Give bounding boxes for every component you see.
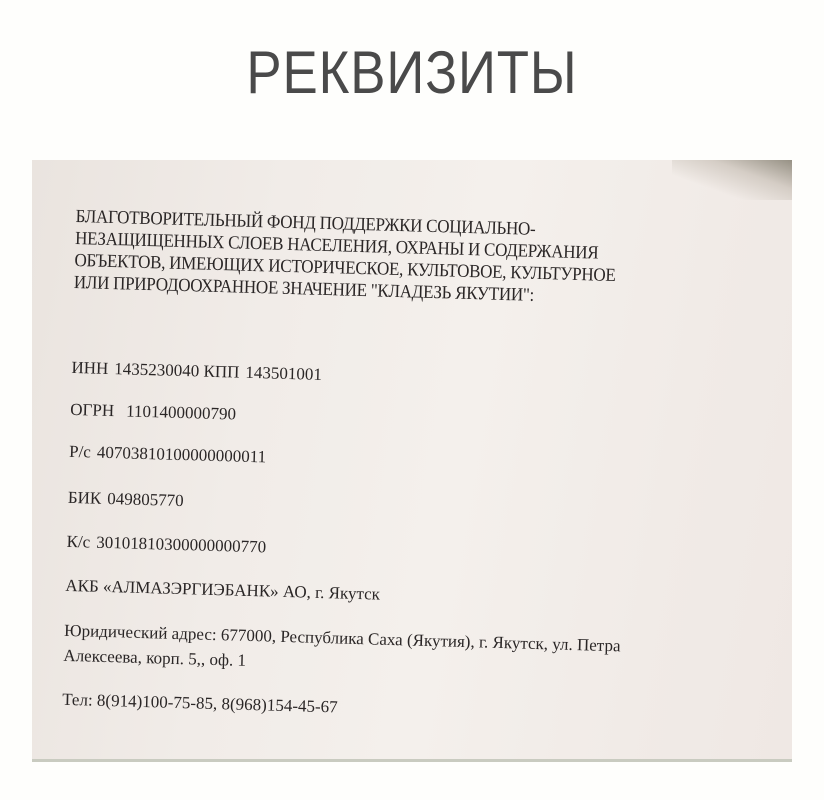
bik-row: БИК049805770 bbox=[68, 488, 184, 511]
kpp-value: 143501001 bbox=[245, 363, 322, 384]
bank-name: АКБ «АЛМАЗЭРГИЭБАНК» АО, г. Якутск bbox=[65, 576, 380, 605]
legal-address-line1: 677000, Республика Саха (Якутия), г. Яку… bbox=[221, 625, 621, 655]
organization-name: БЛАГОТВОРИТЕЛЬНЫЙ ФОНД ПОДДЕРЖКИ СОЦИАЛЬ… bbox=[74, 206, 748, 313]
settlement-account-label: Р/с bbox=[69, 442, 91, 462]
legal-address-label: Юридический адрес: bbox=[64, 621, 217, 644]
phone-row: Тел: 8(914)100-75-85, 8(968)154-45-67 bbox=[62, 690, 338, 718]
kpp-label: КПП bbox=[203, 362, 239, 382]
inn-label: ИНН bbox=[71, 358, 108, 378]
settlement-account-row: Р/с40703810100000000011 bbox=[69, 442, 267, 467]
correspondent-account-row: К/с30101810300000000770 bbox=[66, 532, 266, 558]
phone-value: 8(914)100-75-85, 8(968)154-45-67 bbox=[97, 691, 338, 717]
correspondent-account-label: К/с bbox=[66, 532, 90, 552]
legal-address: Юридический адрес: 677000, Республика Са… bbox=[63, 618, 764, 688]
settlement-account-value: 40703810100000000011 bbox=[97, 443, 267, 467]
document-photo: БЛАГОТВОРИТЕЛЬНЫЙ ФОНД ПОДДЕРЖКИ СОЦИАЛЬ… bbox=[32, 160, 792, 762]
inn-kpp-row: ИНН1435230040 КПП143501001 bbox=[71, 358, 322, 385]
correspondent-account-value: 30101810300000000770 bbox=[96, 533, 266, 557]
bik-label: БИК bbox=[68, 488, 102, 508]
requisites-sheet: БЛАГОТВОРИТЕЛЬНЫЙ ФОНД ПОДДЕРЖКИ СОЦИАЛЬ… bbox=[74, 206, 776, 314]
inn-value: 1435230040 bbox=[114, 359, 199, 380]
bik-value: 049805770 bbox=[107, 489, 184, 510]
ogrn-value: 1101400000790 bbox=[126, 401, 236, 423]
ogrn-row: ОГРН1101400000790 bbox=[70, 400, 236, 425]
page-title: РЕКВИЗИТЫ bbox=[49, 38, 774, 107]
legal-address-line2: Алексеева, корп. 5,, оф. 1 bbox=[63, 646, 246, 670]
ogrn-label: ОГРН bbox=[70, 400, 114, 420]
phone-label: Тел: bbox=[62, 690, 93, 710]
